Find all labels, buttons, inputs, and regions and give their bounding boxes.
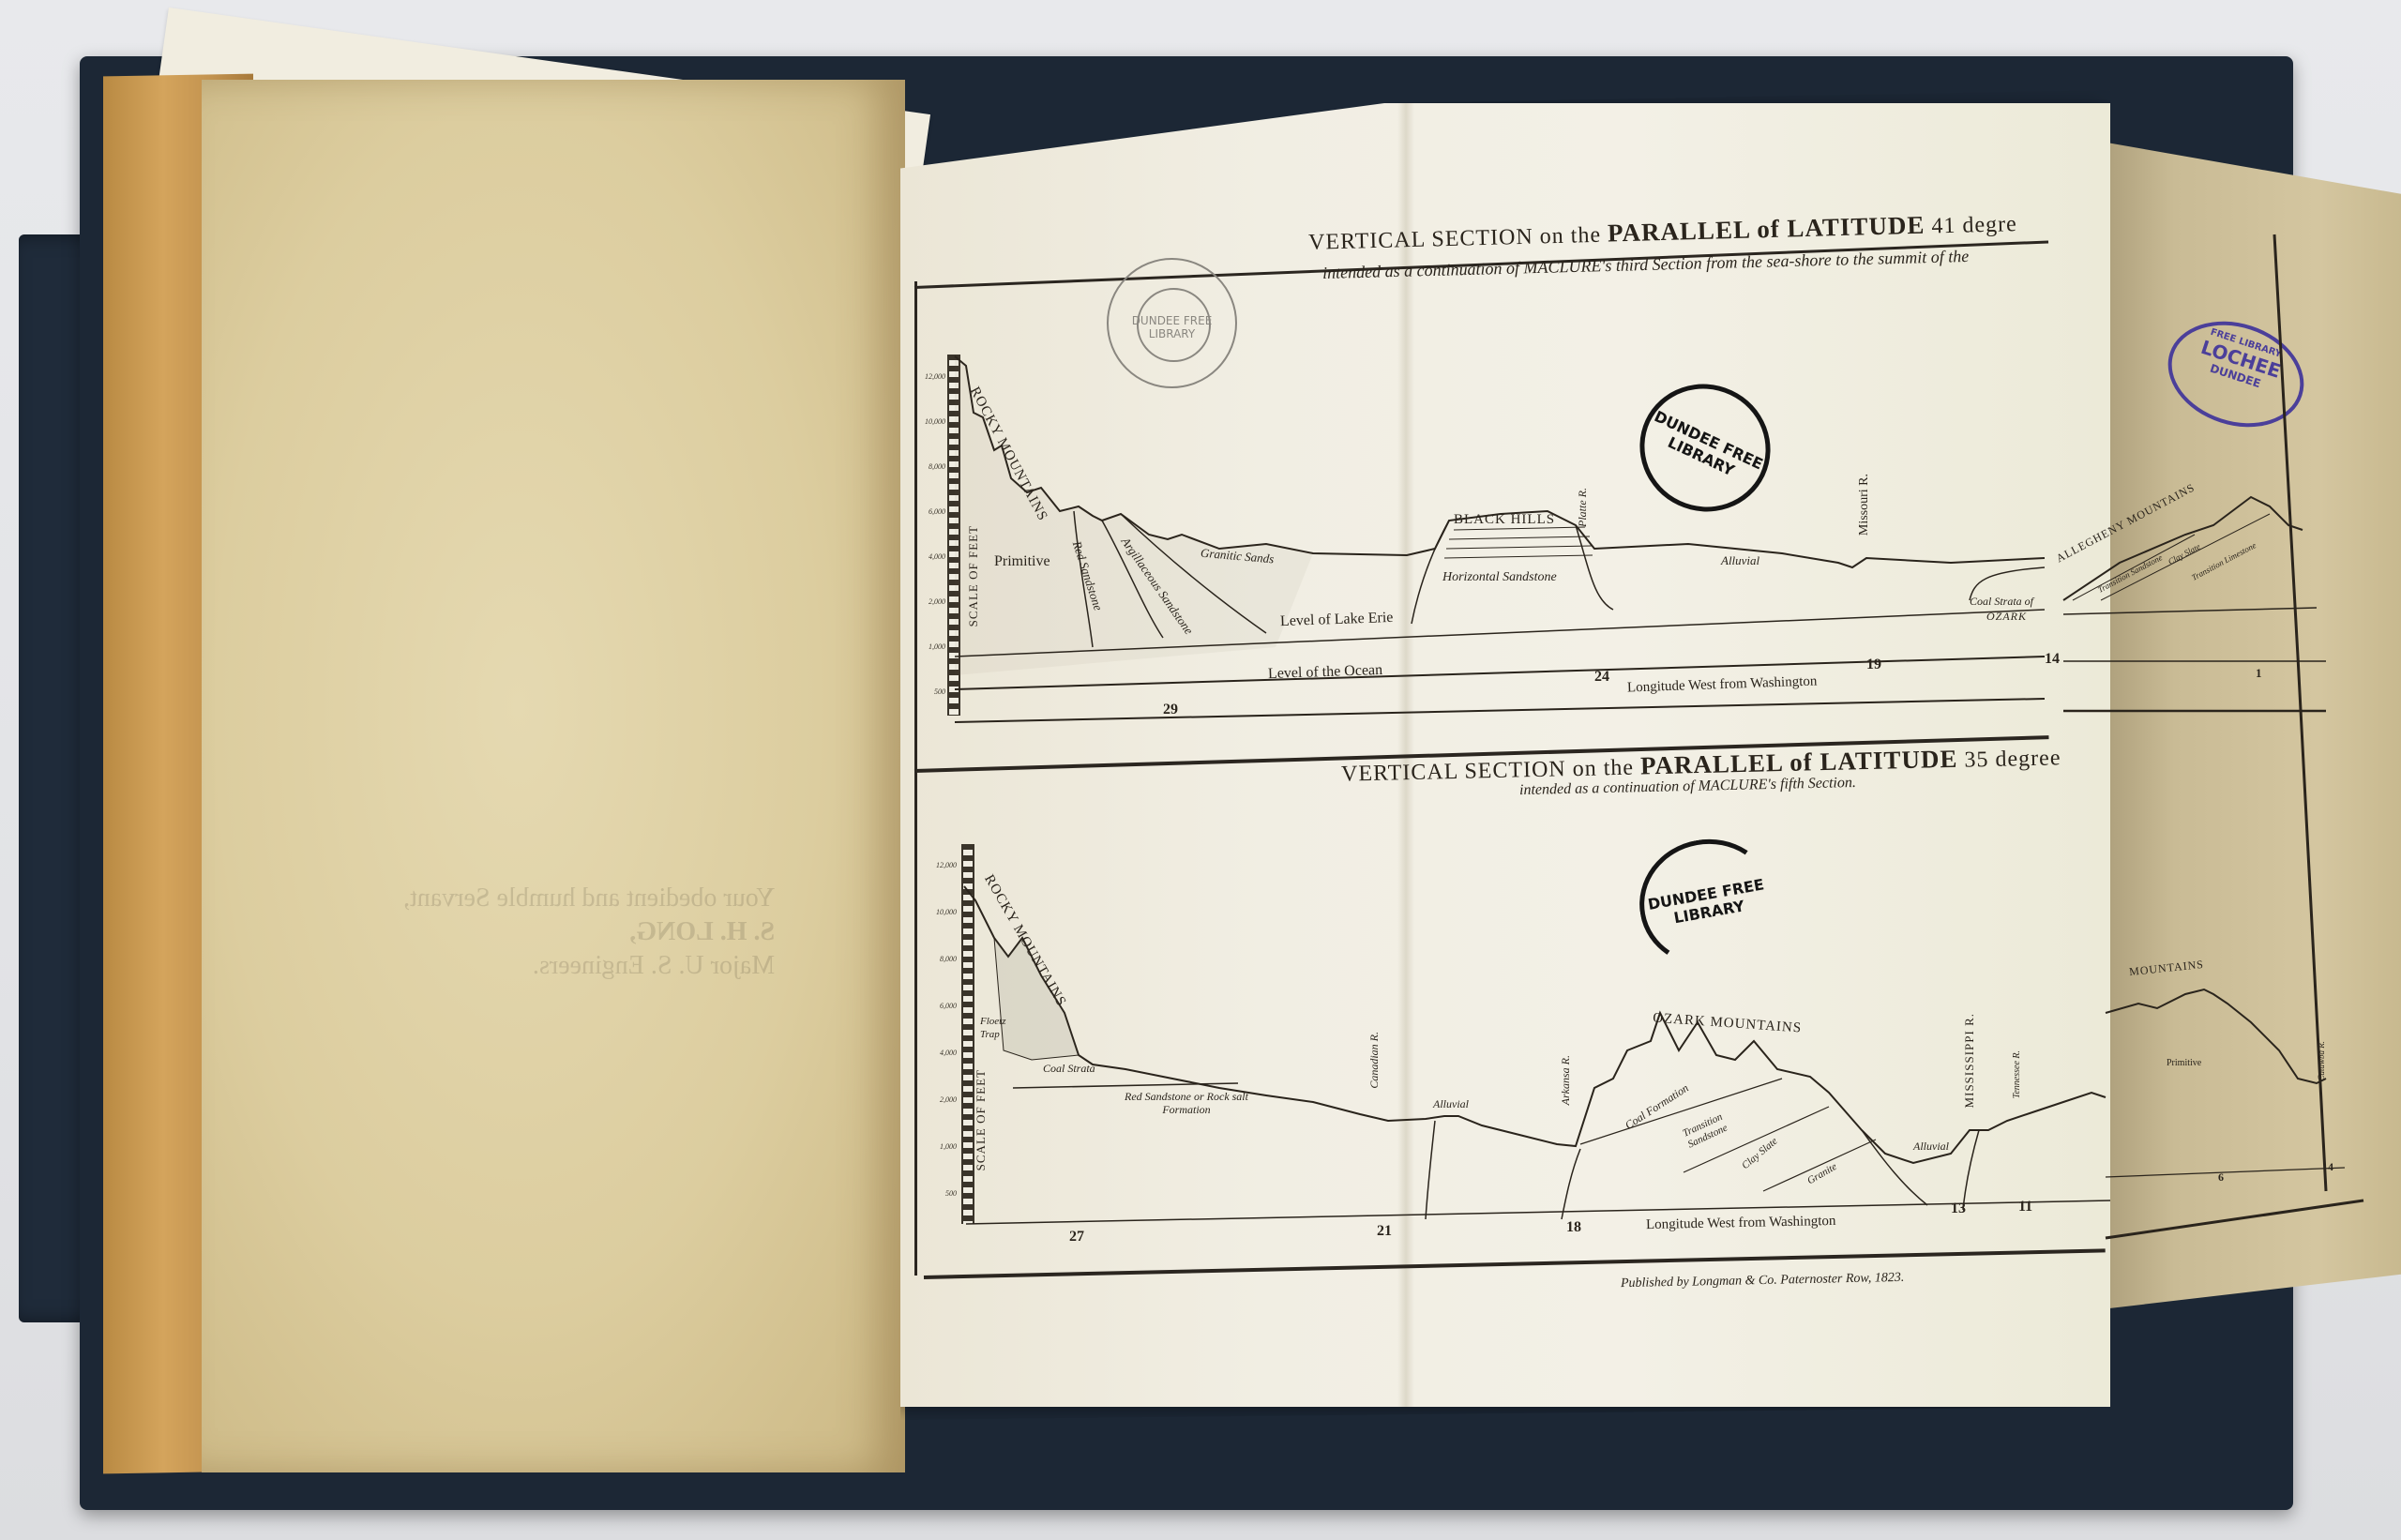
label-tennessee-river: Tennessee R. [2012, 1050, 2022, 1098]
stamp-text: DUNDEE FREE LIBRARY [1642, 875, 1774, 932]
label-canadian-river: Canadian R. [1367, 1032, 1382, 1089]
longitude-tick: 6 [2218, 1170, 2224, 1185]
section2-profile [0, 0, 2401, 1540]
longitude-tick: 18 [1566, 1219, 1581, 1236]
longitude-tick: 21 [1377, 1223, 1392, 1240]
label-alluvial-2b: Alluvial [1913, 1140, 1949, 1154]
label-arkansa-river: Arkansa R. [1559, 1055, 1573, 1105]
label-alluvial-2a: Alluvial [1433, 1097, 1469, 1111]
label-floetz-trap: Floetz Trap [980, 1015, 1018, 1041]
longitude-tick: 11 [2018, 1199, 2032, 1215]
label-catawba-river: Catawba R. [2317, 1041, 2326, 1081]
label-primitive-foldout: Primitive [2167, 1058, 2201, 1068]
longitude-tick: 27 [1069, 1229, 1084, 1246]
longitude-tick: 4 [2328, 1160, 2333, 1174]
label-coal-strata-2: Coal Strata [1043, 1062, 1095, 1076]
longitude-tick: 13 [1951, 1200, 1966, 1217]
label-mississippi-river: MISSISSIPPI R. [1962, 1013, 1977, 1108]
label-red-sandstone-rock-salt: Red Sandstone or Rock salt Formation [1121, 1090, 1252, 1116]
